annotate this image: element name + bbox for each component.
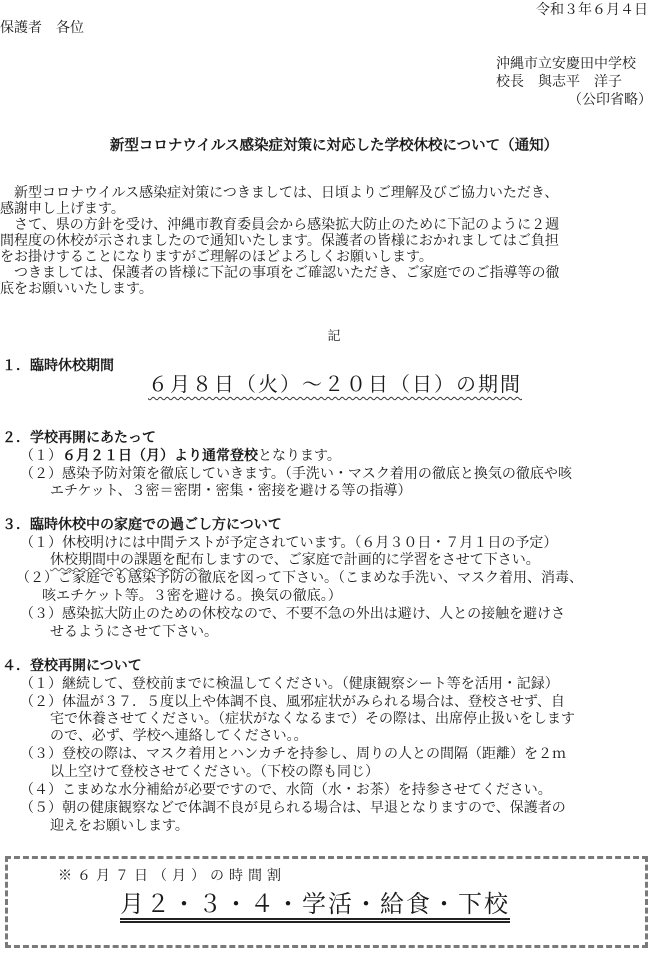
closure-period: ６月８日（火）～２０日（日）の期間 <box>148 376 522 393</box>
item-text: 朝の健康観察などで体調不良が見られる場合は、早退となりますので、保護者の <box>62 800 566 816</box>
list-item: （２）ご家庭でも感染予防の徹底を図って下さい。（こまめな手洗い、マスク着用、消毒… <box>16 570 583 586</box>
section-heading-closure-period: １．臨時休校期間 <box>2 358 114 375</box>
item-continuation: エチケット、３密＝密閉・密集・密接を避ける等の指導） <box>50 483 411 499</box>
school-name: 沖縄市立安慶田中学校 <box>496 55 652 73</box>
item-number: （２） <box>20 694 62 710</box>
item-number: （３） <box>20 746 62 762</box>
item-continuation: ので、必ず、学校へ連絡してください。。 <box>50 728 308 744</box>
item-continuation: 迎えをお願いします。 <box>50 818 189 834</box>
item-number: （２） <box>20 466 62 482</box>
ki-marker: 記 <box>0 328 668 345</box>
list-item: （１）６月２１日（月）より通常登校となります。 <box>20 448 341 464</box>
item-continuation-text: しますので、ご家庭で計画的に学習をさせて下さい。 <box>204 552 540 568</box>
item-text: 感染拡大防止のための休校なので、不要不急の外出は避け、人との接触を避けさ <box>62 606 565 622</box>
item-text: 継続して、登校前までに検温してください。（健康観察シート等を活用・記録） <box>62 676 559 692</box>
section-heading-home-life: ３．臨時休校中の家庭での過ごし方について <box>2 517 282 534</box>
intro-line: さて、県の方針を受け、沖縄市教育委員会から感染拡大防止のために下記のように２週 <box>0 217 664 233</box>
addressee: 保護者 各位 <box>0 20 84 37</box>
item-number: （３） <box>20 606 62 622</box>
item-bold-text: ６月２１日（月）より通常登校 <box>62 448 258 464</box>
intro-line: 間程度の休校が示されましたので通知いたします。保護者の皆様におかれましてはご負担 <box>0 233 664 249</box>
item-text: 体温が３７．５度以上や体調不良、風邪症状がみられる場合は、登校させず、自 <box>62 694 565 710</box>
item-continuation: 宅で休養させてください。（症状がなくなるまで）その際は、出席停止扱いをします <box>50 711 575 727</box>
item-text: 休校明けには中間テストが予定されています。（６月３０日・７月１日の予定） <box>62 535 557 551</box>
list-item: （５）朝の健康観察などで体調不良が見られる場合は、早退となりますので、保護者の <box>20 800 566 816</box>
sender-block: 沖縄市立安慶田中学校 校長 與志平 洋子 （公印省略） <box>496 55 652 109</box>
intro-line: 感謝申し上げます。 <box>0 201 664 217</box>
schedule-box-schedule: 月２・３・４・学活・給食・下校 <box>120 896 510 913</box>
item-text: となります。 <box>258 448 341 464</box>
item-number: （１） <box>20 676 62 692</box>
list-item: （３）登校の際は、マスク着用とハンカチを持参し、周りの人との間隔（距離）を２ｍ <box>20 746 566 762</box>
document-date: 令和３年６月４日 <box>536 2 648 19</box>
item-number: （２） <box>16 570 58 586</box>
list-item: （１）休校明けには中間テストが予定されています。（６月３０日・７月１日の予定） <box>20 535 557 551</box>
list-item: （２）体温が３７．５度以上や体調不良、風邪症状がみられる場合は、登校させず、自 <box>20 694 565 710</box>
section-heading-reopening: ２．学校再開にあたって <box>2 430 156 447</box>
item-continuation: 咳エチケット等。３密を避ける。換気の徹底。） <box>42 588 342 604</box>
list-item: （２）感染予防対策を徹底していきます。（手洗い・マスク着用の徹底と換気の徹底や咳 <box>20 466 572 482</box>
item-number: （１） <box>20 448 62 464</box>
seal-note: （公印省略） <box>496 91 652 109</box>
intro-paragraph: 新型コロナウイルス感染症対策につきましては、日頃よりご理解及びご協力いただき、 … <box>0 185 664 297</box>
item-text: 登校の際は、マスク着用とハンカチを持参し、周りの人との間隔（距離）を２ｍ <box>62 746 566 762</box>
section-heading-resume-attendance: ４．登校再開について <box>2 658 142 675</box>
item-text: こまめな水分補給が必要ですので、水筒（水・お茶）を持参させてください。 <box>62 782 552 798</box>
intro-line: 新型コロナウイルス感染症対策につきましては、日頃よりご理解及びご協力いただき、 <box>0 185 664 201</box>
document-title: 新型コロナウイルス感染症対策に対応した学校休校について（通知） <box>0 137 668 154</box>
item-number: （４） <box>20 782 62 798</box>
intro-line: 底をお願いいたします。 <box>0 281 664 297</box>
list-item: （１）継続して、登校前までに検温してください。（健康観察シート等を活用・記録） <box>20 676 559 692</box>
intro-line: をお掛けすることになりますがご理解のほどよろしくお願いします。 <box>0 249 664 265</box>
item-continuation: せるようにさせて下さい。 <box>50 624 218 640</box>
item-continuation: 以上空けて登校させてください。（下校の際も同じ） <box>50 764 379 780</box>
intro-line: つきましては、保護者の皆様に下記の事項をご確認いただき、ご家庭でのご指導等の徹 <box>0 265 664 281</box>
item-number: （１） <box>20 535 62 551</box>
list-item: （４）こまめな水分補給が必要ですので、水筒（水・お茶）を持参させてください。 <box>20 782 552 798</box>
spellcheck-squiggle-text: 休校期間中の課題を配布 <box>50 552 204 568</box>
item-continuation: 休校期間中の課題を配布しますので、ご家庭で計画的に学習をさせて下さい。 <box>50 552 540 568</box>
schedule-box-title: ※６月７日（月）の時間割 <box>58 868 286 885</box>
list-item: （３）感染拡大防止のための休校なので、不要不急の外出は避け、人との接触を避けさ <box>20 606 565 622</box>
item-text: 感染予防対策を徹底していきます。（手洗い・マスク着用の徹底と換気の徹底や咳 <box>62 466 572 482</box>
item-number: （５） <box>20 800 62 816</box>
principal-name: 校長 與志平 洋子 <box>496 73 652 91</box>
item-text: ご家庭でも感染予防の徹底を図って下さい。（こまめな手洗い、マスク着用、消毒、 <box>58 570 583 586</box>
